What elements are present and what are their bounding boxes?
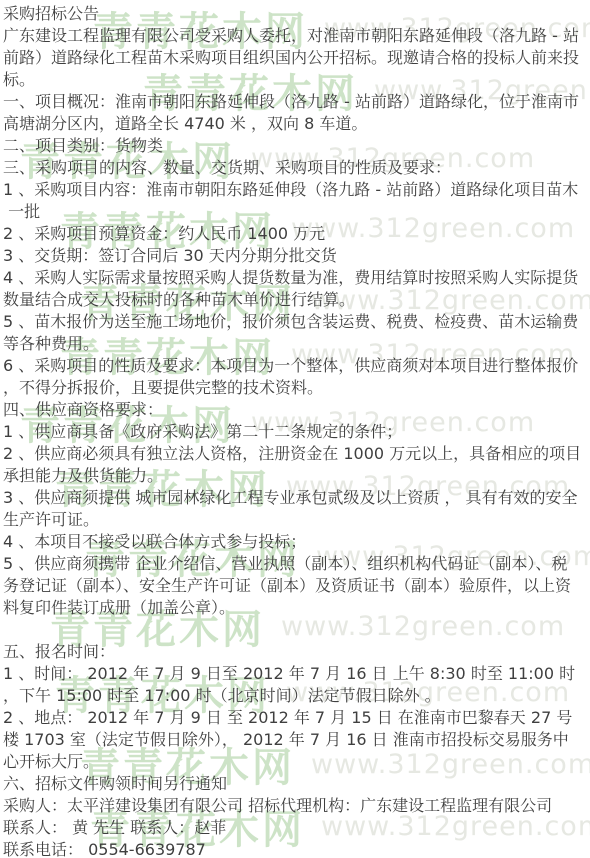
doc-line: ，下午 15:00 时至 17:00 时（北京时间）法定节假日除外 。 bbox=[3, 685, 588, 707]
doc-line: 3 、交货期：签订合同后 30 天内分期分批交货 bbox=[3, 245, 588, 267]
doc-line bbox=[3, 619, 588, 641]
doc-line: 5 、苗木报价为送至施工场地价，报价须包含装运费、税费、检疫费、苗木运输费 bbox=[3, 311, 588, 333]
doc-line: 5 、供应商须携带 企业介绍信、营业执照（副本）、组织机构代码证（副本）、税 bbox=[3, 553, 588, 575]
doc-line: 1 、时间： 2012 年 7 月 9 日至 2012 年 7 月 16 日 上… bbox=[3, 663, 588, 685]
tender-announcement-page: 青青花木网www.312green.com青青花木网www.312green.c… bbox=[0, 0, 590, 858]
doc-line: 二、项目类别：货物类 bbox=[3, 135, 588, 157]
doc-line: 楼 1703 室（法定节假日除外）， 2012 年 7 月 16 日 淮南市招投… bbox=[3, 729, 588, 751]
doc-line: 6 、采购项目的性质及要求：本项目为一个整体，供应商须对本项目进行整体报价 bbox=[3, 355, 588, 377]
doc-line: 4 、本项目不接受以联合体方式参与投标； bbox=[3, 531, 588, 553]
document-lines: 采购招标公告广东建设工程监理有限公司受采购人委托，对淮南市朝阳东路延伸段（洛九路… bbox=[0, 0, 590, 858]
doc-line: 2 、供应商必须具有独立法人资格，注册资金在 1000 万元以上，具备相应的项目 bbox=[3, 443, 588, 465]
doc-line: 广东建设工程监理有限公司受采购人委托，对淮南市朝阳东路延伸段（洛九路 - 站 bbox=[3, 25, 588, 47]
page-title: 采购招标公告 bbox=[3, 3, 588, 25]
doc-line: 生产许可证。 bbox=[3, 509, 588, 531]
doc-line: 联系电话： 0554-6639787 bbox=[3, 839, 588, 858]
doc-line: 等各种费用。 bbox=[3, 333, 588, 355]
doc-line: 数量结合成交人投标时的各种苗木单价进行结算。 bbox=[3, 289, 588, 311]
doc-line: 一批 bbox=[3, 201, 588, 223]
doc-line: 联系人： 黄 先生 联系人：赵菲 bbox=[3, 817, 588, 839]
doc-line: ，不得分拆报价，且要提供完整的技术资料。 bbox=[3, 377, 588, 399]
doc-line: 标。 bbox=[3, 69, 588, 91]
doc-line: 2 、地点： 2012 年 7 月 9 日 至 2012 年 7 月 15 日 … bbox=[3, 707, 588, 729]
doc-line: 务登记证（副本）、安全生产许可证（副本）及资质证书（副本）验原件，以上资 bbox=[3, 575, 588, 597]
doc-line: 前路）道路绿化工程苗木采购项目组织国内公开招标。现邀请合格的投标人前来投 bbox=[3, 47, 588, 69]
doc-line: 3 、供应商须提供 城市园林绿化工程专业承包贰级及以上资质 ， 具有有效的安全 bbox=[3, 487, 588, 509]
doc-line: 心开标大厅。 bbox=[3, 751, 588, 773]
doc-line: 1 、供应商具备《政府采购法》第二十二条规定的条件； bbox=[3, 421, 588, 443]
doc-line: 一、项目概况：淮南市朝阳东路延伸段（洛九路 - 站前路）道路绿化，位于淮南市 bbox=[3, 91, 588, 113]
doc-line: 四、供应商资格要求： bbox=[3, 399, 588, 421]
doc-line: 4 、采购人实际需求量按照采购人提货数量为准，费用结算时按照采购人实际提货 bbox=[3, 267, 588, 289]
doc-line: 六、招标文件购领时间另行通知 bbox=[3, 773, 588, 795]
doc-line: 承担能力及供货能力。 bbox=[3, 465, 588, 487]
doc-line: 三、采购项目的内容、数量、交货期、采购项目的性质及要求： bbox=[3, 157, 588, 179]
doc-line: 料复印件装订成册（加盖公章）。 bbox=[3, 597, 588, 619]
doc-line: 五、报名时间： bbox=[3, 641, 588, 663]
doc-line: 高塘湖分区内，道路全长 4740 米 ，双向 8 车道。 bbox=[3, 113, 588, 135]
doc-line: 2 、采购项目预算资金：约人民币 1400 万元 bbox=[3, 223, 588, 245]
doc-line: 1 、采购项目内容：淮南市朝阳东路延伸段（洛九路 - 站前路）道路绿化项目苗木 bbox=[3, 179, 588, 201]
doc-line: 采购人：太平洋建设集团有限公司 招标代理机构：广东建设工程监理有限公司 bbox=[3, 795, 588, 817]
